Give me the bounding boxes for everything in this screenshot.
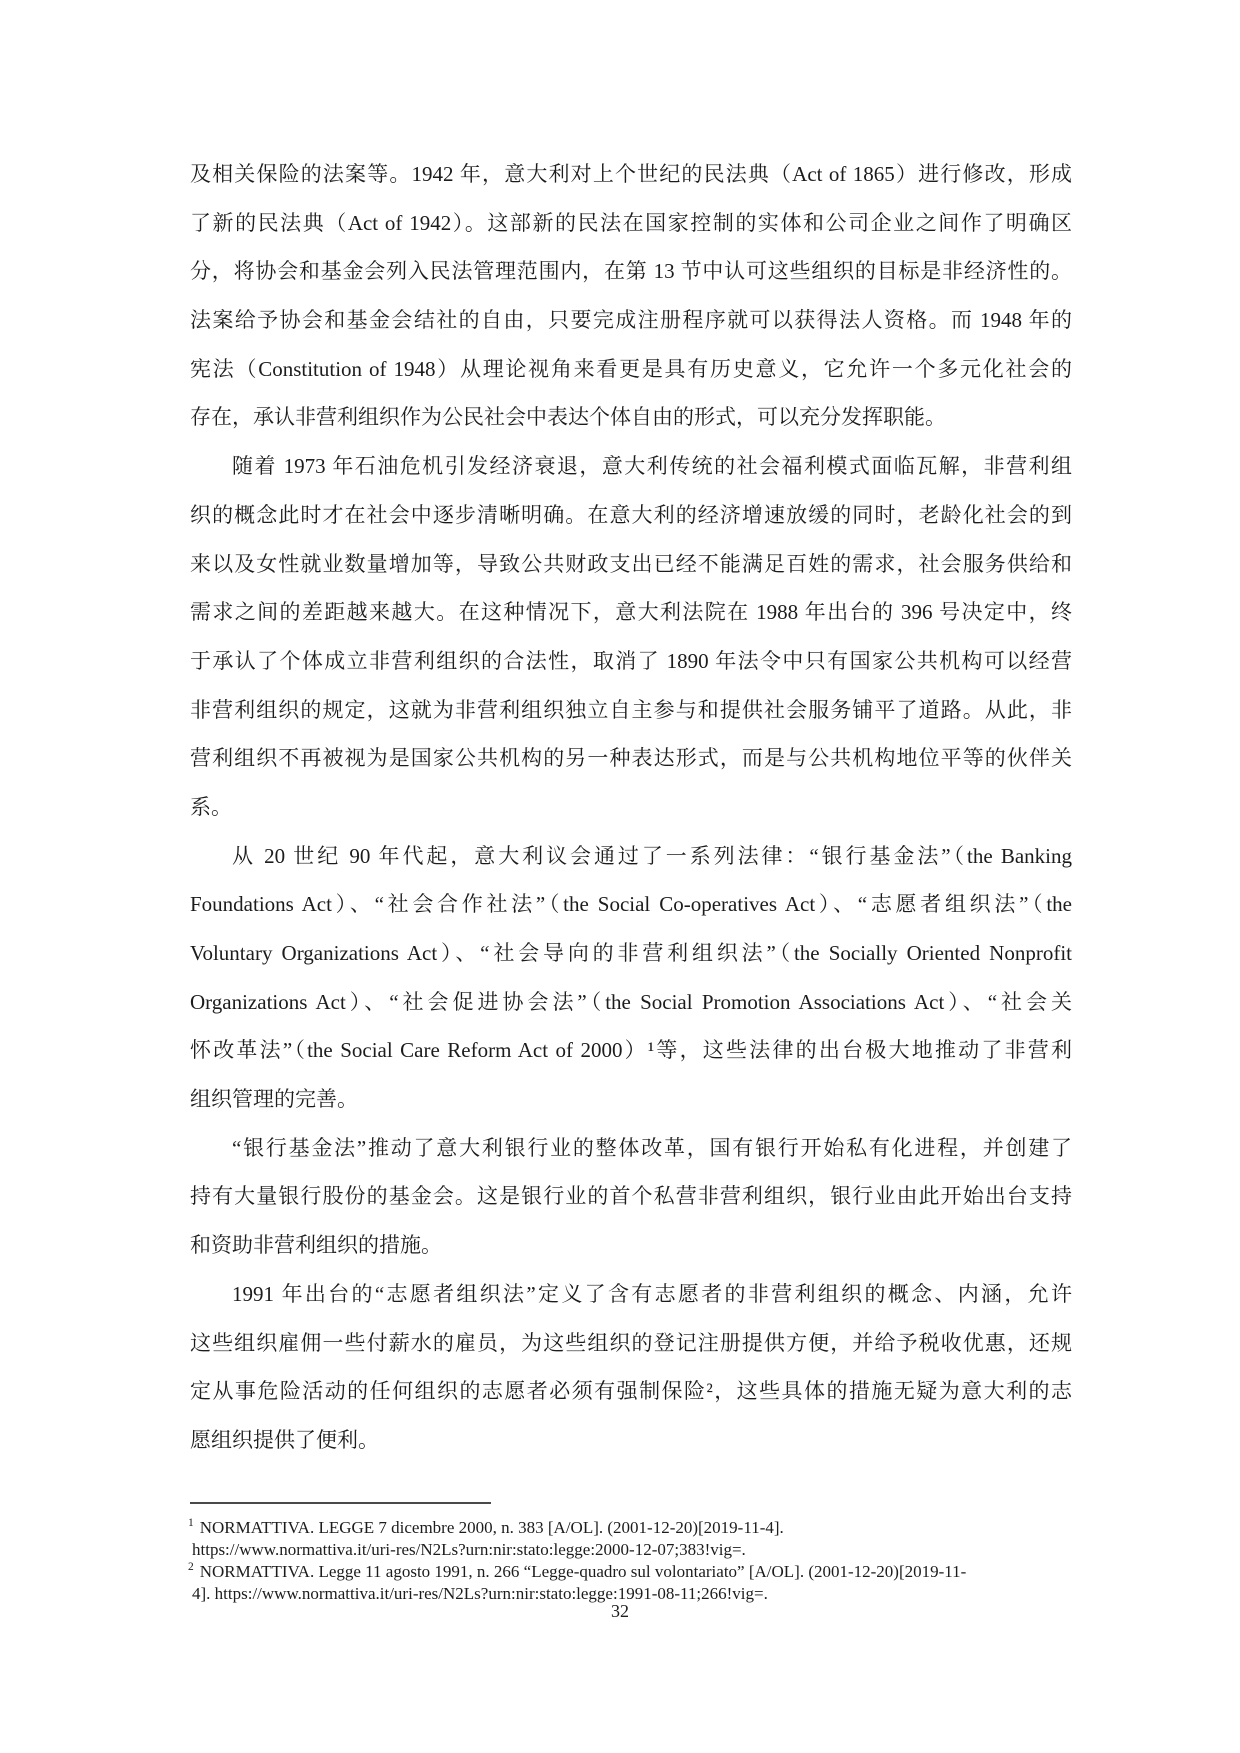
footnote-line: https://www.normattiva.it/uri-res/N2Ls?u…	[188, 1539, 1088, 1561]
body-line: 持有大量银行股份的基金会。这是银行业的首个私营非营利组织，银行业由此开始出台支持	[190, 1172, 1072, 1221]
body-line: 从 20 世纪 90 年代起，意大利议会通过了一系列法律：“银行基金法”（the…	[190, 832, 1072, 881]
document-page: 及相关保险的法案等。1942 年，意大利对上个世纪的民法典（Act of 186…	[0, 0, 1240, 1753]
footnote-marker: 1	[188, 1517, 194, 1529]
body-line: 织的概念此时才在社会中逐步清晰明确。在意大利的经济增速放缓的同时，老龄化社会的到	[190, 491, 1072, 540]
body-line: 组织管理的完善。	[190, 1075, 1072, 1124]
body-line: 和资助非营利组织的措施。	[190, 1221, 1072, 1270]
body-line: 系。	[190, 783, 1072, 832]
footnote-line-first: 2NORMATTIVA. Legge 11 agosto 1991, n. 26…	[188, 1561, 1088, 1583]
body-line: 1991 年出台的“志愿者组织法”定义了含有志愿者的非营利组织的概念、内涵，允许	[190, 1270, 1072, 1319]
body-line: 宪法（Constitution of 1948）从理论视角来看更是具有历史意义，…	[190, 345, 1072, 394]
body-line: 营利组织不再被视为是国家公共机构的另一种表达形式，而是与公共机构地位平等的伙伴关	[190, 734, 1072, 783]
body-line: Foundations Act）、“社会合作社法”（the Social Co-…	[190, 880, 1072, 929]
body-line: Voluntary Organizations Act）、“社会导向的非营利组织…	[190, 929, 1072, 978]
body-line: 非营利组织的规定，这就为非营利组织独立自主参与和提供社会服务铺平了道路。从此，非	[190, 686, 1072, 735]
footnote-line-first: 1NORMATTIVA. LEGGE 7 dicembre 2000, n. 3…	[188, 1517, 1088, 1539]
body-line: “银行基金法”推动了意大利银行业的整体改革，国有银行开始私有化进程，并创建了	[190, 1124, 1072, 1173]
body-line: 分，将协会和基金会列入民法管理范围内，在第 13 节中认可这些组织的目标是非经济…	[190, 247, 1072, 296]
body-line: 于承认了个体成立非营利组织的合法性，取消了 1890 年法令中只有国家公共机构可…	[190, 637, 1072, 686]
page-number: 32	[0, 1601, 1240, 1622]
body-line: 怀改革法”（the Social Care Reform Act of 2000…	[190, 1026, 1072, 1075]
footnote-separator	[190, 1502, 491, 1504]
body-line: 了新的民法典（Act of 1942）。这部新的民法在国家控制的实体和公司企业之…	[190, 199, 1072, 248]
body-line: 定从事危险活动的任何组织的志愿者必须有强制保险²，这些具体的措施无疑为意大利的志	[190, 1367, 1072, 1416]
footnotes: 1NORMATTIVA. LEGGE 7 dicembre 2000, n. 3…	[188, 1517, 1088, 1605]
body-line: 及相关保险的法案等。1942 年，意大利对上个世纪的民法典（Act of 186…	[190, 150, 1072, 199]
body-line: 法案给予协会和基金会结社的自由，只要完成注册程序就可以获得法人资格。而 1948…	[190, 296, 1072, 345]
body-text: 及相关保险的法案等。1942 年，意大利对上个世纪的民法典（Act of 186…	[190, 150, 1072, 1465]
body-line: Organizations Act）、“社会促进协会法”（the Social …	[190, 978, 1072, 1027]
body-line: 需求之间的差距越来越大。在这种情况下，意大利法院在 1988 年出台的 396 …	[190, 588, 1072, 637]
body-line: 存在，承认非营利组织作为公民社会中表达个体自由的形式，可以充分发挥职能。	[190, 393, 1072, 442]
body-line: 来以及女性就业数量增加等，导致公共财政支出已经不能满足百姓的需求，社会服务供给和	[190, 540, 1072, 589]
body-line: 这些组织雇佣一些付薪水的雇员，为这些组织的登记注册提供方便，并给予税收优惠，还规	[190, 1319, 1072, 1368]
body-line: 随着 1973 年石油危机引发经济衰退，意大利传统的社会福利模式面临瓦解，非营利…	[190, 442, 1072, 491]
body-line: 愿组织提供了便利。	[190, 1416, 1072, 1465]
footnote-marker: 2	[188, 1561, 194, 1573]
